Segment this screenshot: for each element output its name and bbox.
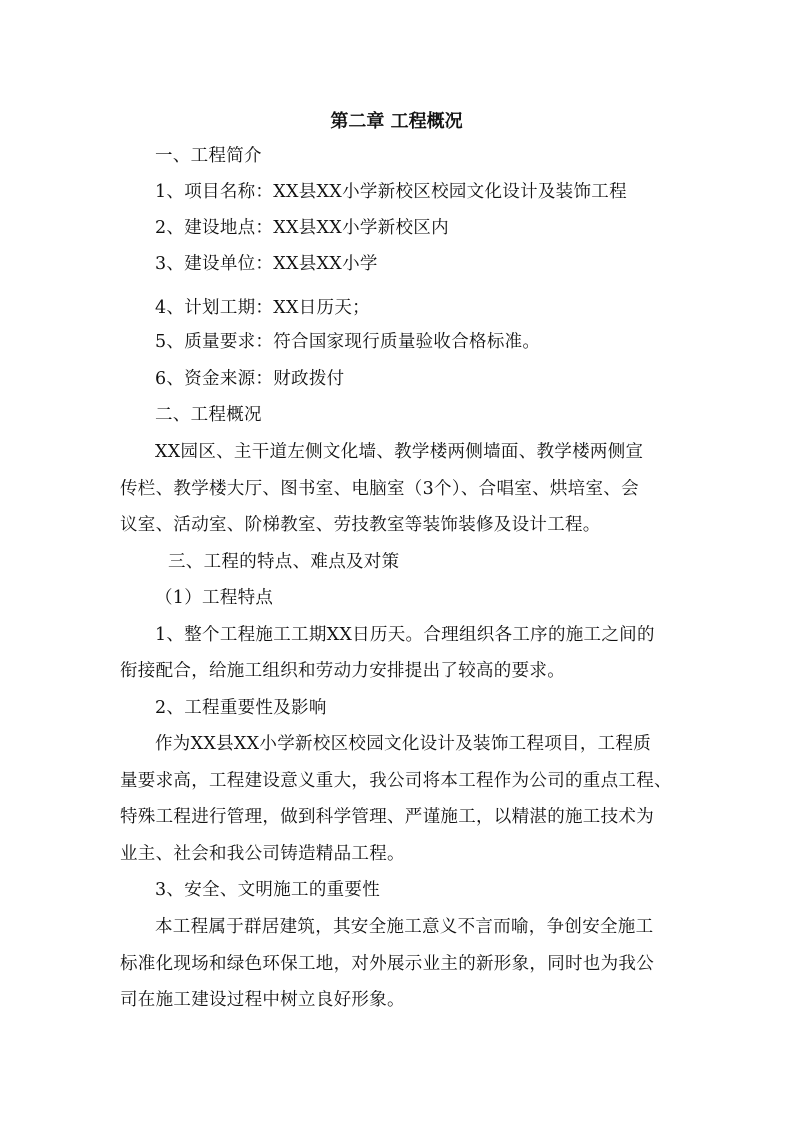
funding-item: 6、资金来源：财政拨付 [155, 368, 344, 390]
paragraph-line: 1、整个工程施工工期XX日历天。合理组织各工序的施工之间的 [155, 624, 655, 646]
section-heading-overview: 一、工程简介 [155, 145, 262, 167]
paragraph-line: 标准化现场和绿色环保工地，对外展示业主的新形象，同时也为我公 [120, 953, 654, 975]
paragraph-line: 作为XX县XX小学新校区校园文化设计及装饰工程项目，工程质 [155, 733, 651, 755]
duration-item: 4、计划工期：XX日历天； [155, 297, 370, 319]
section-heading-general: 二、工程概况 [155, 404, 262, 426]
section-heading-features: 三、工程的特点、难点及对策 [168, 551, 399, 573]
point-heading-importance: 2、工程重要性及影响 [155, 697, 327, 719]
point-heading-safety: 3、安全、文明施工的重要性 [155, 879, 380, 901]
document-page: 第二章 工程概况 一、工程简介 1、项目名称：XX县XX小学新校区校园文化设计及… [0, 0, 793, 1122]
paragraph-line: 司在施工建设过程中树立良好形象。 [120, 989, 405, 1011]
paragraph-line: 业主、社会和我公司铸造精品工程。 [120, 843, 405, 865]
paragraph-line: 传栏、教学楼大厅、图书室、电脑室（3个）、合唱室、烘培室、会 [120, 478, 639, 500]
paragraph-line: 衔接配合，给施工组织和劳动力安排提出了较高的要求。 [120, 660, 565, 682]
paragraph-line: 特殊工程进行管理，做到科学管理、严谨施工，以精湛的施工技术为 [120, 806, 654, 828]
chapter-title: 第二章 工程概况 [0, 107, 793, 133]
paragraph-line: 本工程属于群居建筑，其安全施工意义不言而喻，争创安全施工 [155, 916, 653, 938]
location-item: 2、建设地点：XX县XX小学新校区内 [155, 217, 449, 239]
sub-heading-features: （1）工程特点 [155, 587, 273, 609]
owner-item: 3、建设单位：XX县XX小学 [155, 253, 378, 275]
project-name-item: 1、项目名称：XX县XX小学新校区校园文化设计及装饰工程 [155, 181, 627, 203]
paragraph-line: XX园区、主干道左侧文化墙、教学楼两侧墙面、教学楼两侧宣 [155, 441, 643, 463]
paragraph-line: 量要求高，工程建设意义重大，我公司将本工程作为公司的重点工程、 [120, 770, 672, 792]
paragraph-line: 议室、活动室、阶梯教室、劳技教室等装饰装修及设计工程。 [120, 514, 601, 536]
quality-item: 5、质量要求：符合国家现行质量验收合格标准。 [155, 331, 540, 353]
